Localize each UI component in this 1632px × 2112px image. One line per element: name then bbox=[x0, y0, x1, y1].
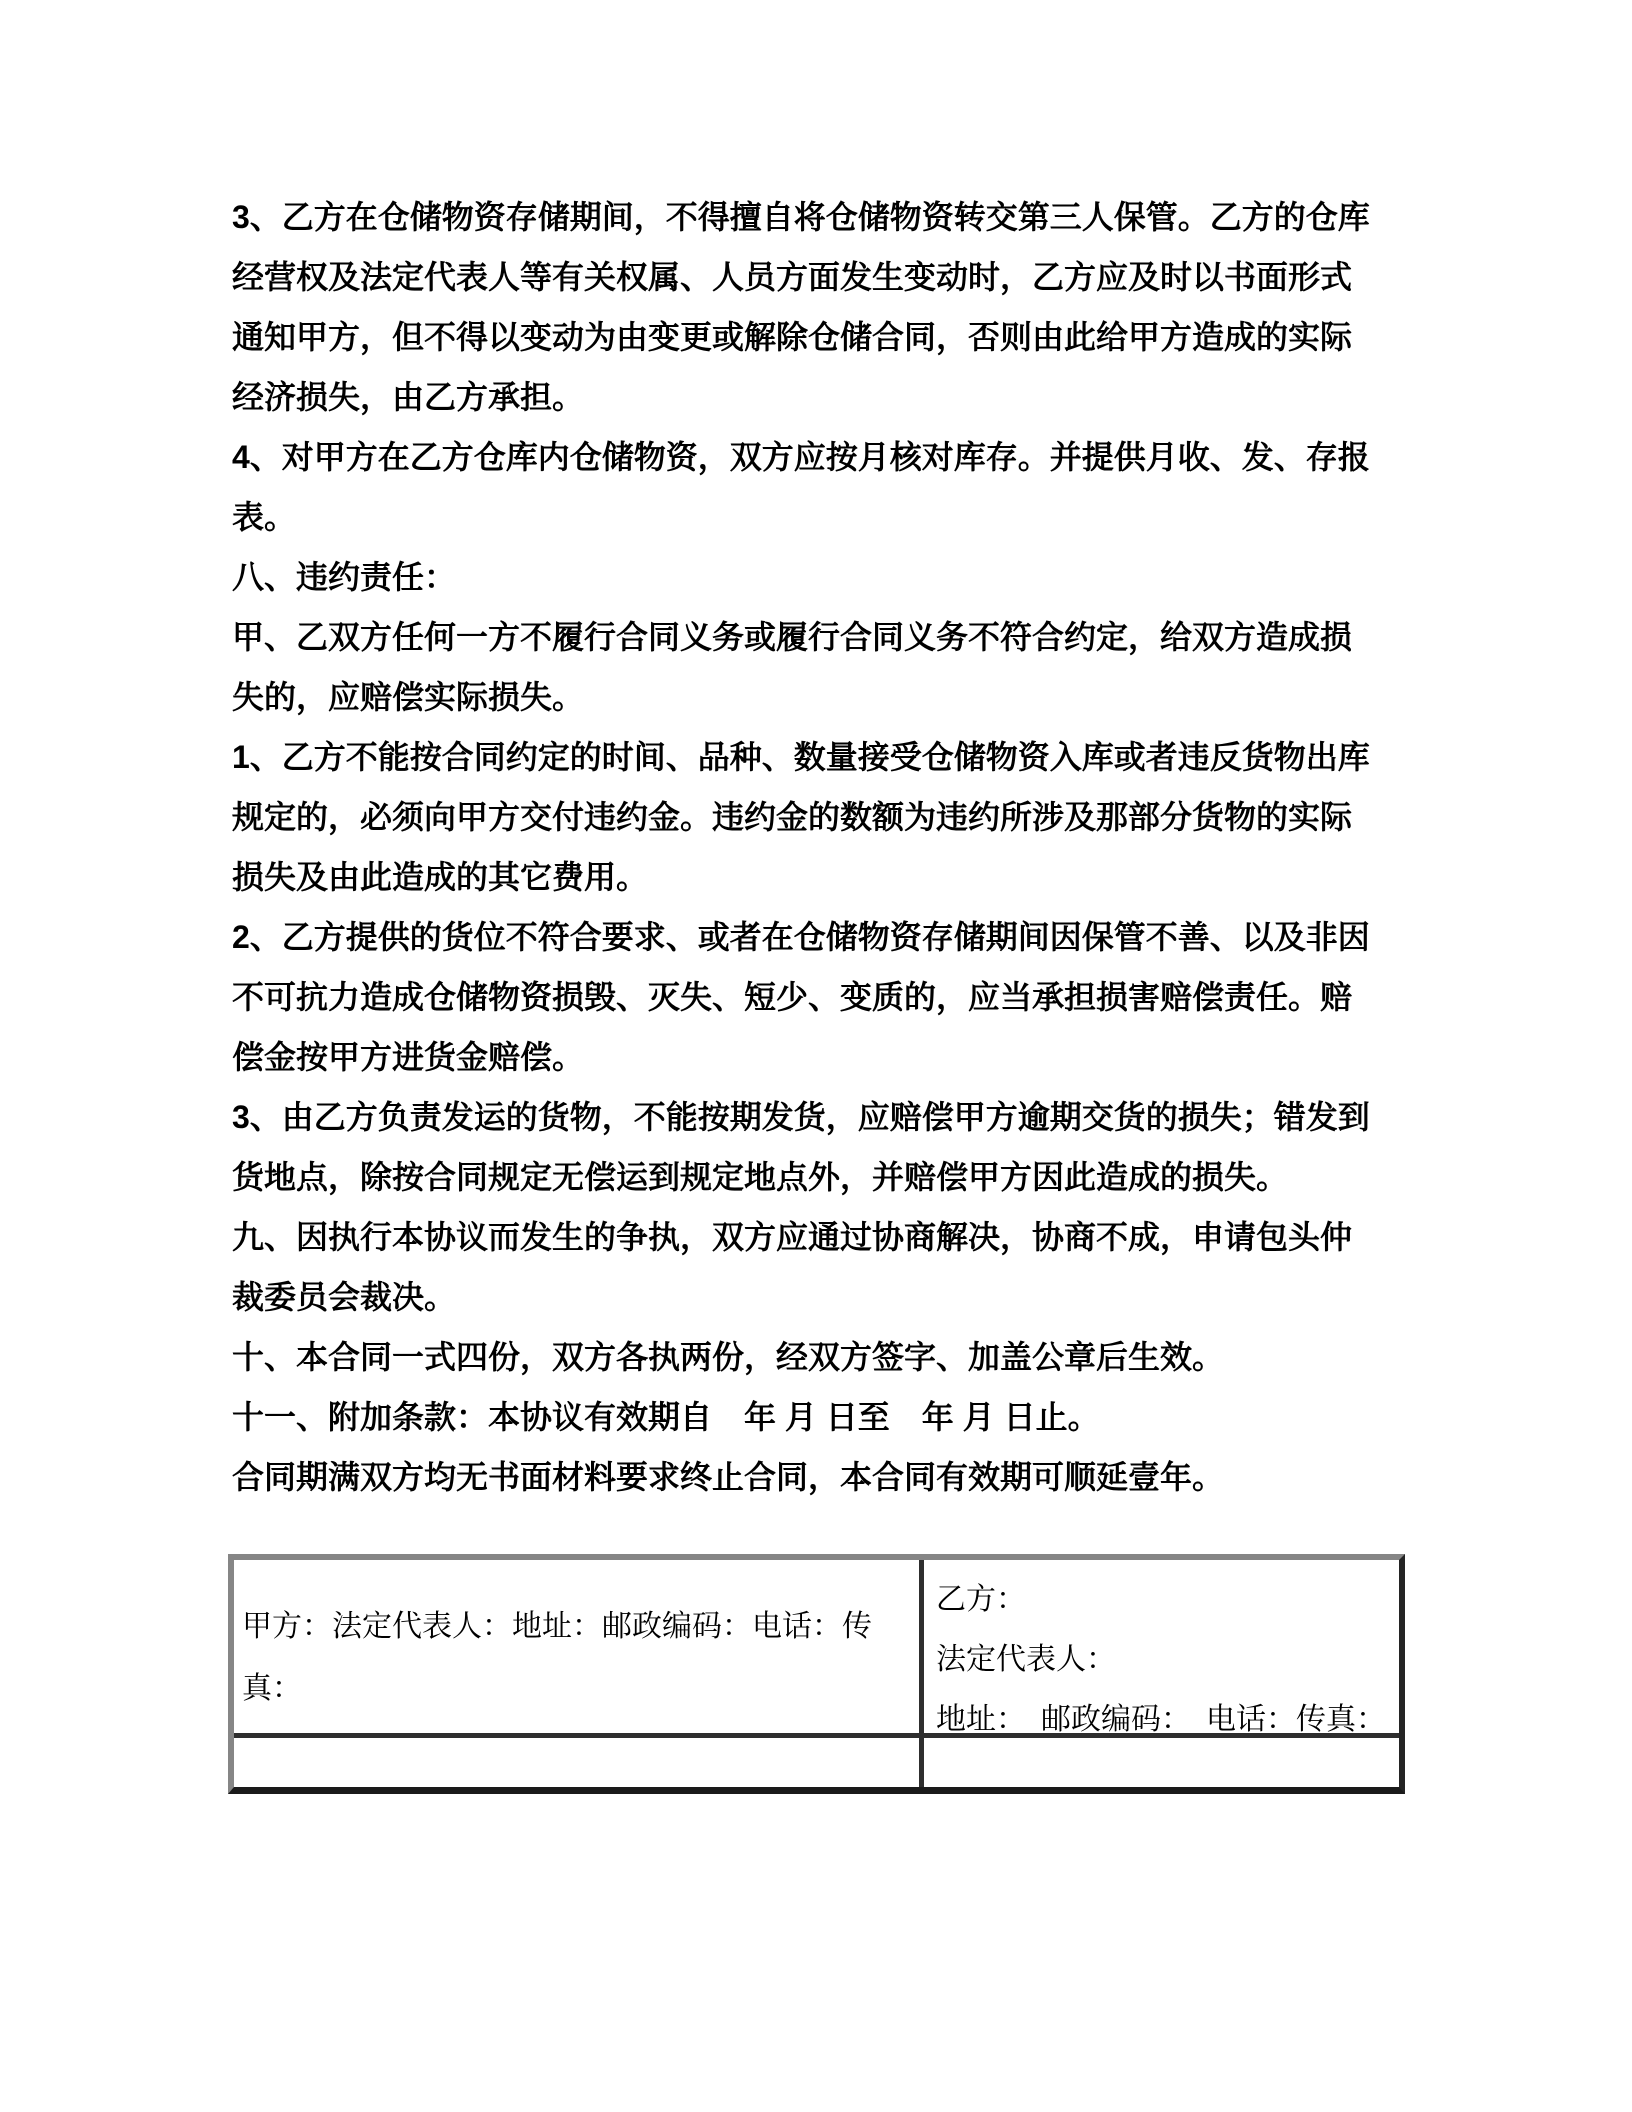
party-b-info-cell: 乙方： 法定代表人： 地址： 邮政编码： 电话：传真： bbox=[924, 1560, 1399, 1738]
party-a-info-cell: 甲方：法定代表人：地址：邮政编码：电话：传 真： bbox=[234, 1560, 924, 1738]
body-line: 表。 bbox=[232, 487, 1402, 547]
body-line: 3、乙方在仓储物资存储期间，不得擅自将仓储物资转交第三人保管。乙方的仓库 bbox=[232, 187, 1402, 247]
party-a-info-line: 真： bbox=[242, 1658, 909, 1720]
body-line: 偿金按甲方进货金赔偿。 bbox=[232, 1027, 1402, 1087]
body-line: 规定的，必须向甲方交付违约金。违约金的数额为违约所涉及那部分货物的实际 bbox=[232, 787, 1402, 847]
body-line: 经济损失，由乙方承担。 bbox=[232, 367, 1402, 427]
body-line: 经营权及法定代表人等有关权属、人员方面发生变动时，乙方应及时以书面形式 bbox=[232, 247, 1402, 307]
body-line: 十一、附加条款：本协议有效期自 年 月 日至 年 月 日止。 bbox=[232, 1387, 1402, 1447]
body-line: 2、乙方提供的货位不符合要求、或者在仓储物资存储期间因保管不善、以及非因 bbox=[232, 907, 1402, 967]
body-line: 合同期满双方均无书面材料要求终止合同，本合同有效期可顺延壹年。 bbox=[232, 1447, 1402, 1507]
party-b-sign-cell bbox=[924, 1738, 1399, 1787]
party-a-sign-cell bbox=[234, 1738, 924, 1787]
body-line: 十、本合同一式四份，双方各执两份，经双方签字、加盖公章后生效。 bbox=[232, 1327, 1402, 1387]
body-line: 货地点，除按合同规定无偿运到规定地点外，并赔偿甲方因此造成的损失。 bbox=[232, 1147, 1402, 1207]
body-line: 八、违约责任： bbox=[232, 547, 1402, 607]
contract-page: 3、乙方在仓储物资存储期间，不得擅自将仓储物资转交第三人保管。乙方的仓库 经营权… bbox=[0, 0, 1632, 2112]
body-line: 4、对甲方在乙方仓库内仓储物资，双方应按月核对库存。并提供月收、发、存报 bbox=[232, 427, 1402, 487]
body-line: 损失及由此造成的其它费用。 bbox=[232, 847, 1402, 907]
body-line: 通知甲方，但不得以变动为由变更或解除仓储合同，否则由此给甲方造成的实际 bbox=[232, 307, 1402, 367]
party-b-info-line: 地址： 邮政编码： 电话：传真： bbox=[936, 1690, 1391, 1738]
party-b-info-line: 法定代表人： bbox=[936, 1630, 1391, 1690]
contract-body: 3、乙方在仓储物资存储期间，不得擅自将仓储物资转交第三人保管。乙方的仓库 经营权… bbox=[232, 187, 1402, 1507]
body-line: 甲、乙双方任何一方不履行合同义务或履行合同义务不符合约定，给双方造成损 bbox=[232, 607, 1402, 667]
party-b-info-line: 乙方： bbox=[936, 1570, 1391, 1630]
signature-table: 甲方：法定代表人：地址：邮政编码：电话：传 真： 乙方： 法定代表人： 地址： … bbox=[228, 1554, 1405, 1794]
body-line: 3、由乙方负责发运的货物，不能按期发货，应赔偿甲方逾期交货的损失；错发到 bbox=[232, 1087, 1402, 1147]
body-line: 不可抗力造成仓储物资损毁、灭失、短少、变质的，应当承担损害赔偿责任。赔 bbox=[232, 967, 1402, 1027]
body-line: 九、因执行本协议而发生的争执，双方应通过协商解决，协商不成，申请包头仲 bbox=[232, 1207, 1402, 1267]
body-line: 裁委员会裁决。 bbox=[232, 1267, 1402, 1327]
body-line: 失的，应赔偿实际损失。 bbox=[232, 667, 1402, 727]
body-line: 1、乙方不能按合同约定的时间、品种、数量接受仓储物资入库或者违反货物出库 bbox=[232, 727, 1402, 787]
party-a-info-line: 甲方：法定代表人：地址：邮政编码：电话：传 bbox=[242, 1596, 909, 1658]
